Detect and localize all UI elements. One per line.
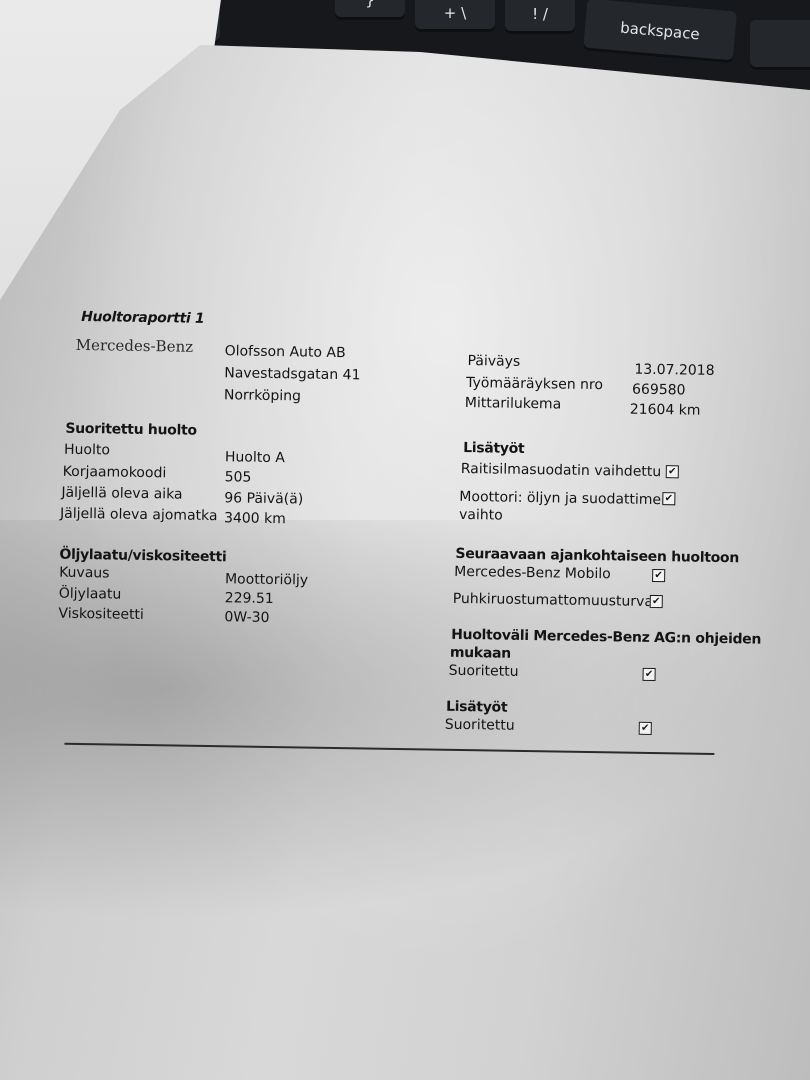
row-label: Kuvaus: [59, 565, 110, 582]
row-value: Huolto A: [225, 449, 285, 466]
row-value: 229.51: [225, 590, 274, 607]
checklist-label: Mercedes-Benz Mobilo: [454, 564, 611, 582]
meta-value-order: 669580: [632, 382, 686, 399]
meta-label-odometer: Mittarilukema: [465, 395, 562, 413]
meta-value-date: 13.07.2018: [634, 362, 714, 379]
checkbox-checked[interactable]: ✔: [639, 722, 652, 735]
row-value: 96 Päivä(ä): [224, 490, 303, 507]
dealer-street: Navestadsgatan 41: [224, 365, 360, 383]
row-label: Jäljellä oleva aika: [61, 485, 182, 503]
row-label: Jäljellä oleva ajomatka: [60, 506, 218, 524]
meta-label-order: Työmääräyksen nro: [466, 375, 603, 393]
horizontal-rule: [64, 743, 714, 755]
checkbox-checked[interactable]: ✔: [662, 492, 675, 505]
report-title: Huoltoraportti 1: [81, 309, 205, 327]
row-value: Moottoriöljy: [225, 571, 308, 588]
checkbox-checked[interactable]: ✔: [650, 595, 663, 608]
service-report: Huoltoraportti 1 Mercedes-Benz Olofsson …: [0, 0, 810, 1080]
row-label: Viskositeetti: [58, 606, 144, 623]
dealer-city: Norrköping: [224, 387, 301, 404]
section-heading-next-service: Seuraavaan ajankohtaiseen huoltoon: [455, 546, 739, 566]
dealer-name: Olofsson Auto AB: [225, 343, 346, 361]
row-label: Öljylaatu: [59, 586, 122, 603]
section-heading-oil: Öljylaatu/viskositeetti: [59, 547, 226, 566]
section-heading-extra-work-2: Lisätyöt: [446, 699, 507, 716]
meta-value-odometer: 21604 km: [630, 402, 701, 419]
meta-label-date: Päiväys: [467, 353, 520, 370]
checklist-label-continued: vaihto: [459, 507, 503, 524]
section-heading-performed-service: Suoritettu huolto: [65, 421, 197, 439]
section-heading-interval-continued: mukaan: [450, 645, 511, 662]
checkbox-checked[interactable]: ✔: [652, 569, 665, 582]
section-heading-extra-work: Lisätyöt: [463, 440, 524, 457]
checklist-label: Suoritettu: [449, 663, 519, 680]
brand-logo-text: Mercedes-Benz: [76, 336, 194, 356]
row-value: 505: [225, 469, 252, 485]
section-heading-interval: Huoltoväli Mercedes-Benz AG:n ohjeiden: [451, 627, 761, 648]
row-value: 3400 km: [224, 510, 286, 527]
checkbox-checked[interactable]: ✔: [643, 668, 656, 681]
checkbox-checked[interactable]: ✔: [666, 465, 679, 478]
row-label: Huolto: [64, 442, 110, 459]
row-label: Korjaamokoodi: [63, 464, 167, 482]
checklist-label: Moottori: öljyn ja suodattimen: [459, 489, 670, 508]
row-value: 0W-30: [224, 609, 269, 626]
checklist-label: Puhkiruostumattomuusturva: [453, 591, 653, 610]
checklist-label: Raitisilmasuodatin vaihdettu: [461, 461, 662, 480]
checklist-label: Suoritettu: [445, 717, 515, 734]
